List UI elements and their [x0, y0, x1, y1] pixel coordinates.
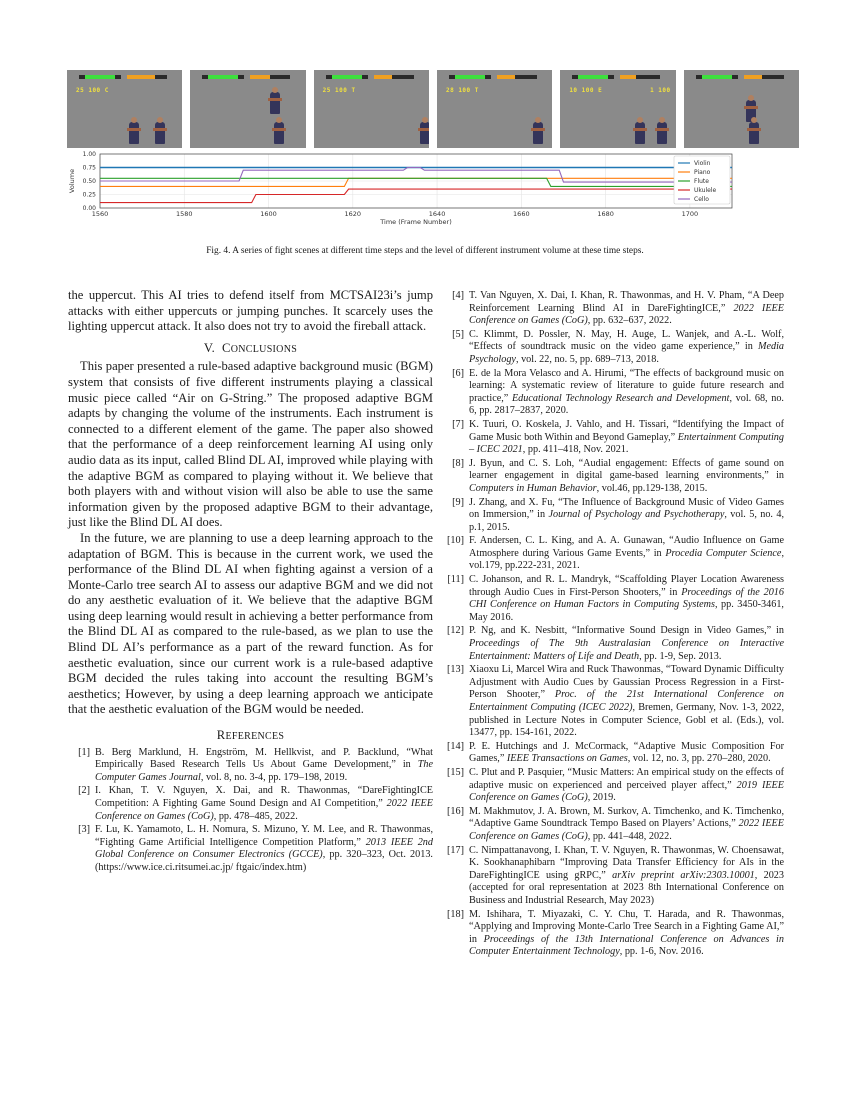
- svg-text:Flute: Flute: [694, 178, 709, 185]
- svg-text:0.00: 0.00: [83, 205, 97, 212]
- svg-text:0.25: 0.25: [83, 192, 97, 199]
- reference-text: F. Lu, K. Yamamoto, L. H. Nomura, S. Miz…: [95, 824, 433, 874]
- reference-item: [18]M. Ishihara, T. Miyazaki, C. Y. Chu,…: [440, 909, 784, 959]
- fight-scene-frame-4: 28 100 T: [437, 70, 552, 148]
- reference-item: [10]F. Andersen, C. L. King, and A. A. G…: [440, 535, 784, 573]
- reference-text: C. Plut and P. Pasquier, “Music Matters:…: [469, 767, 784, 805]
- fight-scene-frame-6: [684, 70, 799, 148]
- fighter-p2: [657, 122, 667, 144]
- fight-scene-frame-1: 25 100 C: [67, 70, 182, 148]
- reference-item: [12]P. Ng, and K. Nesbitt, “Informative …: [440, 625, 784, 663]
- section-heading-references: REFERENCES: [68, 728, 433, 745]
- reference-item: [5]C. Klimmt, D. Possler, N. May, H. Aug…: [440, 329, 784, 367]
- reference-text: M. Ishihara, T. Miyazaki, C. Y. Chu, T. …: [469, 909, 784, 959]
- fighter-p2: [274, 122, 284, 144]
- section-heading-conclusions: V. CONCLUSIONS: [68, 341, 433, 358]
- reference-item: [15]C. Plut and P. Pasquier, “Music Matt…: [440, 767, 784, 805]
- svg-text:1640: 1640: [429, 210, 446, 218]
- reference-text: K. Tuuri, O. Koskela, J. Vahlo, and H. T…: [469, 419, 784, 457]
- right-column: [4]T. Van Nguyen, X. Dai, I. Khan, R. Th…: [440, 290, 784, 960]
- reference-number: [16]: [440, 806, 469, 844]
- svg-text:1700: 1700: [682, 210, 699, 218]
- reference-number: [3]: [68, 824, 95, 874]
- reference-number: [14]: [440, 741, 469, 766]
- p2-score: 1 100: [650, 87, 671, 94]
- reference-text: F. Andersen, C. L. King, and A. A. Gunaw…: [469, 535, 784, 573]
- reference-item: [1]B. Berg Marklund, H. Engström, M. Hel…: [68, 747, 433, 785]
- reference-number: [18]: [440, 909, 469, 959]
- reference-item: [2]I. Khan, T. V. Nguyen, X. Dai, and R.…: [68, 785, 433, 823]
- svg-text:Piano: Piano: [694, 169, 711, 176]
- svg-text:Time (Frame Number): Time (Frame Number): [379, 218, 451, 226]
- svg-text:0.50: 0.50: [83, 178, 97, 185]
- reference-item: [3]F. Lu, K. Yamamoto, L. H. Nomura, S. …: [68, 824, 433, 874]
- svg-text:1620: 1620: [345, 210, 362, 218]
- reference-number: [17]: [440, 845, 469, 908]
- reference-item: [13]Xiaoxu Li, Marcel Wira and Ruck Thaw…: [440, 664, 784, 740]
- reference-number: [9]: [440, 497, 469, 535]
- series-cello: [100, 168, 732, 183]
- reference-text: P. E. Hutchings and J. McCormack, “Adapt…: [469, 741, 784, 766]
- p1-score: 25 100 T: [323, 87, 356, 94]
- reference-number: [1]: [68, 747, 95, 785]
- references-list-left: [1]B. Berg Marklund, H. Engström, M. Hel…: [68, 747, 433, 875]
- svg-text:Cello: Cello: [694, 196, 709, 203]
- reference-item: [6]E. de la Mora Velasco and A. Hirumi, …: [440, 368, 784, 418]
- reference-number: [15]: [440, 767, 469, 805]
- reference-number: [5]: [440, 329, 469, 367]
- p1-score: 10 100 E: [569, 87, 602, 94]
- reference-text: E. de la Mora Velasco and A. Hirumi, “Th…: [469, 368, 784, 418]
- svg-text:Violin: Violin: [694, 160, 711, 167]
- fight-scene-frame-5: 10 100 E 1 100: [560, 70, 675, 148]
- reference-text: P. Ng, and K. Nesbitt, “Informative Soun…: [469, 625, 784, 663]
- fighter-p1: [635, 122, 645, 144]
- svg-text:1680: 1680: [597, 210, 614, 218]
- reference-text: C. Johanson, and R. L. Mandryk, “Scaffol…: [469, 574, 784, 624]
- fighter-p1: [533, 122, 543, 144]
- svg-text:Ukulele: Ukulele: [694, 187, 717, 194]
- fighter-p1: [420, 122, 429, 144]
- reference-text: J. Zhang, and X. Fu, “The Influence of B…: [469, 497, 784, 535]
- reference-number: [11]: [440, 574, 469, 624]
- left-column: the uppercut. This AI tries to defend it…: [68, 288, 433, 876]
- reference-item: [16]M. Makhmutov, J. A. Brown, M. Surkov…: [440, 806, 784, 844]
- series-ukulele: [100, 189, 732, 203]
- svg-text:1580: 1580: [176, 210, 193, 218]
- fighter-p1: [270, 92, 280, 114]
- reference-text: C. Klimmt, D. Possler, N. May, H. Auge, …: [469, 329, 784, 367]
- p1-score: 25 100 C: [76, 87, 109, 94]
- reference-item: [9]J. Zhang, and X. Fu, “The Influence o…: [440, 497, 784, 535]
- svg-text:1600: 1600: [260, 210, 277, 218]
- svg-text:Volume: Volume: [68, 169, 76, 193]
- reference-item: [4]T. Van Nguyen, X. Dai, I. Khan, R. Th…: [440, 290, 784, 328]
- reference-number: [7]: [440, 419, 469, 457]
- reference-text: B. Berg Marklund, H. Engström, M. Hellkv…: [95, 747, 433, 785]
- reference-number: [12]: [440, 625, 469, 663]
- instrument-volume-chart: 156015801600162016401660168017000.000.25…: [66, 148, 806, 228]
- reference-text: J. Byun, and C. S. Loh, “Audial engageme…: [469, 458, 784, 496]
- reference-number: [6]: [440, 368, 469, 418]
- reference-number: [8]: [440, 458, 469, 496]
- reference-item: [8]J. Byun, and C. S. Loh, “Audial engag…: [440, 458, 784, 496]
- conclusions-paragraph-2: In the future, we are planning to use a …: [68, 531, 433, 718]
- reference-number: [4]: [440, 290, 469, 328]
- reference-number: [10]: [440, 535, 469, 573]
- svg-text:1.00: 1.00: [83, 151, 97, 158]
- reference-number: [2]: [68, 785, 95, 823]
- body-paragraph: the uppercut. This AI tries to defend it…: [68, 288, 433, 335]
- fighter-p2: [155, 122, 165, 144]
- fighter-p1: [129, 122, 139, 144]
- svg-text:0.75: 0.75: [83, 165, 97, 172]
- reference-number: [13]: [440, 664, 469, 740]
- conclusions-paragraph-1: This paper presented a rule-based adapti…: [68, 359, 433, 531]
- reference-item: [14]P. E. Hutchings and J. McCormack, “A…: [440, 741, 784, 766]
- reference-text: M. Makhmutov, J. A. Brown, M. Surkov, A.…: [469, 806, 784, 844]
- fight-scene-strip: 25 100 C 25 100 T 28 100 T 10 100 E 1 10…: [67, 70, 799, 148]
- svg-text:1660: 1660: [513, 210, 530, 218]
- reference-item: [17]C. Nimpattanavong, I. Khan, T. V. Ng…: [440, 845, 784, 908]
- reference-text: I. Khan, T. V. Nguyen, X. Dai, and R. Th…: [95, 785, 433, 823]
- reference-item: [11]C. Johanson, and R. L. Mandryk, “Sca…: [440, 574, 784, 624]
- fighter-p2: [749, 122, 759, 144]
- fight-scene-frame-2: [190, 70, 305, 148]
- reference-item: [7]K. Tuuri, O. Koskela, J. Vahlo, and H…: [440, 419, 784, 457]
- references-list-right: [4]T. Van Nguyen, X. Dai, I. Khan, R. Th…: [440, 290, 784, 959]
- figure-caption: Fig. 4. A series of fight scenes at diff…: [0, 246, 850, 256]
- reference-text: Xiaoxu Li, Marcel Wira and Ruck Thawonma…: [469, 664, 784, 740]
- reference-text: T. Van Nguyen, X. Dai, I. Khan, R. Thawo…: [469, 290, 784, 328]
- p1-score: 28 100 T: [446, 87, 479, 94]
- fight-scene-frame-3: 25 100 T: [314, 70, 429, 148]
- reference-text: C. Nimpattanavong, I. Khan, T. V. Nguyen…: [469, 845, 784, 908]
